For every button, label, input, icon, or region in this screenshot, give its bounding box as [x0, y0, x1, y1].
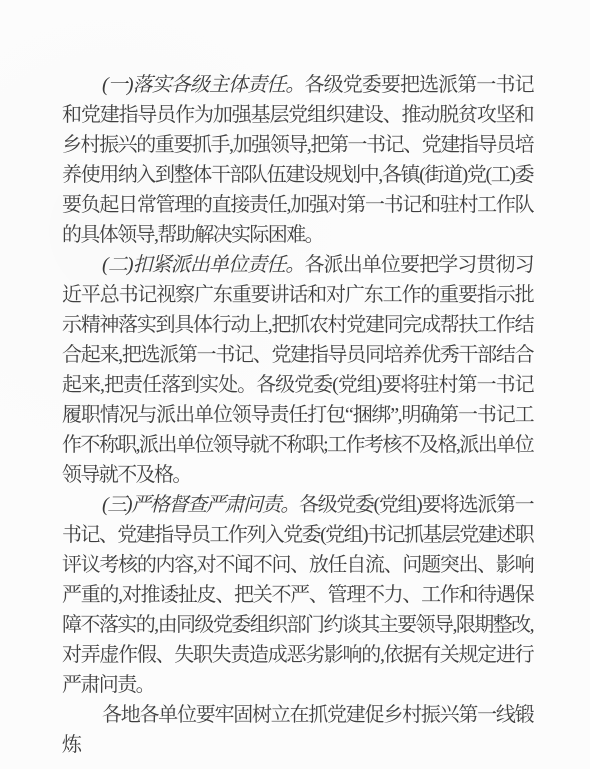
paragraph-section-2: (二)扣紧派出单位责任。各派出单位要把学习贯彻习近平总书记视察广东重要讲话和对广… — [62, 250, 533, 490]
section-2-body: 各派出单位要把学习贯彻习近平总书记视察广东重要讲话和对广东工作的重要指示批示精神… — [62, 254, 533, 486]
section-1-heading: (一)落实各级主体责任。 — [102, 74, 305, 96]
paragraph-closing: 各地各单位要牢固树立在抓党建促乡村振兴第一线锻炼 — [62, 700, 533, 760]
section-3-heading: (三)严格督查严肃问责。 — [102, 494, 299, 516]
scanned-page-viewport: (一)落实各级主体责任。各级党委要把选派第一书记和党建指导员作为加强基层党组织建… — [0, 0, 590, 769]
closing-body: 各地各单位要牢固树立在抓党建促乡村振兴第一线锻炼 — [62, 704, 533, 756]
document-page: (一)落实各级主体责任。各级党委要把选派第一书记和党建指导员作为加强基层党组织建… — [0, 0, 590, 769]
section-2-heading: (二)扣紧派出单位责任。 — [102, 254, 305, 276]
section-1-body: 各级党委要把选派第一书记和党建指导员作为加强基层党组织建设、推动脱贫攻坚和乡村振… — [62, 74, 533, 246]
section-3-body: 各级党委(党组)要将选派第一书记、党建指导员工作列入党委(党组)书记抓基层党建述… — [62, 494, 533, 696]
paragraph-section-3: (三)严格督查严肃问责。各级党委(党组)要将选派第一书记、党建指导员工作列入党委… — [62, 490, 533, 700]
paragraph-section-1: (一)落实各级主体责任。各级党委要把选派第一书记和党建指导员作为加强基层党组织建… — [62, 70, 533, 250]
